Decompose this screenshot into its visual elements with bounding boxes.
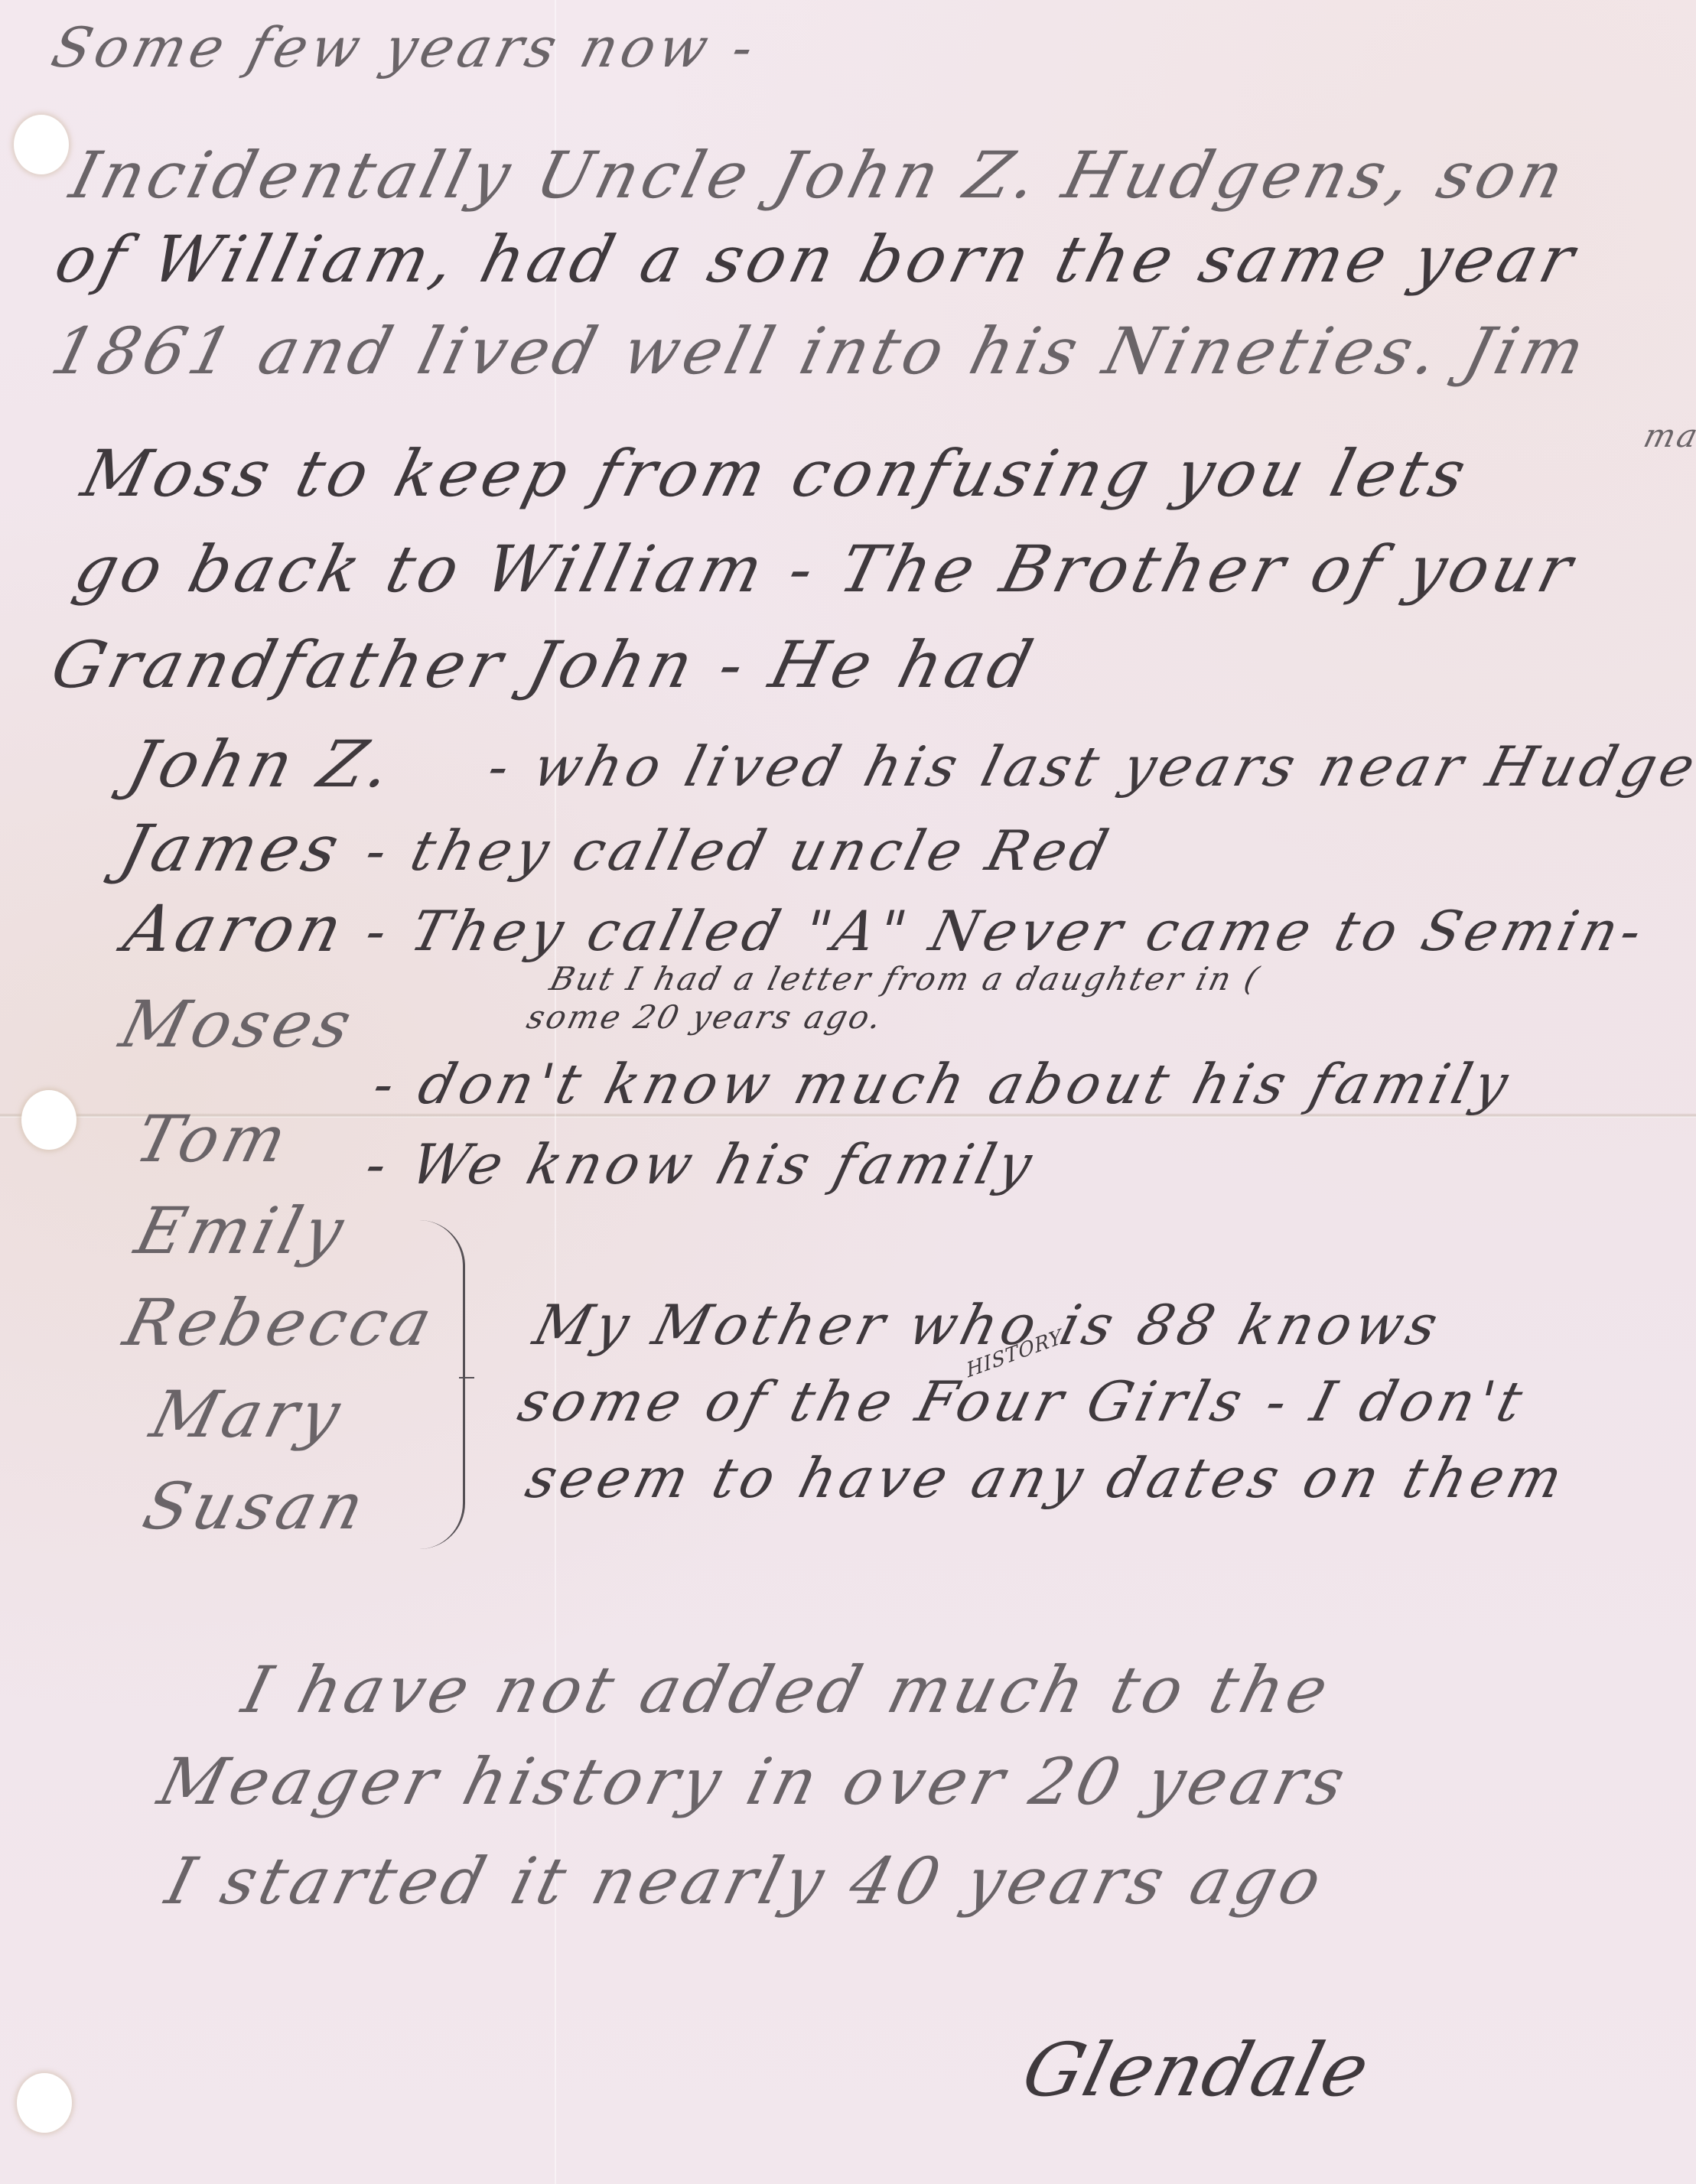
daughters-note-line: some of the Four Girls - I don't bbox=[513, 1369, 1534, 1434]
daughter-name: Rebecca bbox=[117, 1285, 444, 1360]
letter-line: of William, had a son born the same year bbox=[48, 222, 1586, 297]
letter-line: Incidentally Uncle John Z. Hudgens, son bbox=[63, 138, 1576, 213]
daughter-name: Mary bbox=[144, 1377, 352, 1452]
daughters-note-line: seem to have any dates on them bbox=[520, 1446, 1574, 1510]
letter-line: Some few years now - bbox=[46, 15, 765, 80]
child-name: John Z. bbox=[121, 727, 403, 802]
child-name: Aaron bbox=[117, 891, 354, 966]
closing-line: I have not added much to the bbox=[236, 1652, 1340, 1727]
child-name: James bbox=[113, 811, 351, 886]
signature: Glendale bbox=[1014, 2027, 1379, 2113]
letter-line: go back to William - The Brother of your bbox=[67, 532, 1584, 607]
child-subnote: some 20 years ago. bbox=[523, 998, 887, 1036]
grouping-brace-tip bbox=[459, 1377, 474, 1378]
grouping-brace bbox=[417, 1220, 465, 1549]
letter-page: Some few years now - Incidentally Uncle … bbox=[0, 0, 1696, 2184]
child-note: - don't know much about his family bbox=[367, 1052, 1519, 1116]
child-note: - They called "A" Never came to Semin- bbox=[360, 899, 1653, 963]
letter-line: 1861 and lived well into his Nineties. J… bbox=[44, 314, 1597, 389]
closing-line: I started it nearly 40 years ago bbox=[159, 1844, 1333, 1919]
punch-hole-middle bbox=[21, 1090, 76, 1150]
child-note: - We know his family bbox=[360, 1132, 1043, 1196]
child-subnote: But I had a letter from a daughter in ( bbox=[546, 960, 1265, 998]
daughters-note-line: My Mother who is 88 knows bbox=[528, 1293, 1449, 1357]
child-name: Moses bbox=[113, 987, 363, 1062]
punch-hole-top bbox=[14, 115, 69, 174]
child-note: - they called uncle Red bbox=[360, 819, 1119, 883]
margin-note: maiden bbox=[1640, 417, 1696, 454]
daughter-name: Susan bbox=[136, 1469, 376, 1544]
letter-line: Moss to keep from confusing you lets bbox=[75, 436, 1478, 511]
letter-line: Grandfather John - He had bbox=[44, 627, 1044, 702]
child-name: Tom bbox=[129, 1102, 298, 1177]
punch-hole-bottom bbox=[17, 2073, 72, 2133]
child-note: - who lived his last years near Hudgens … bbox=[482, 734, 1696, 799]
closing-line: Meager history in over 20 years bbox=[151, 1744, 1357, 1819]
daughter-name: Emily bbox=[129, 1193, 356, 1268]
